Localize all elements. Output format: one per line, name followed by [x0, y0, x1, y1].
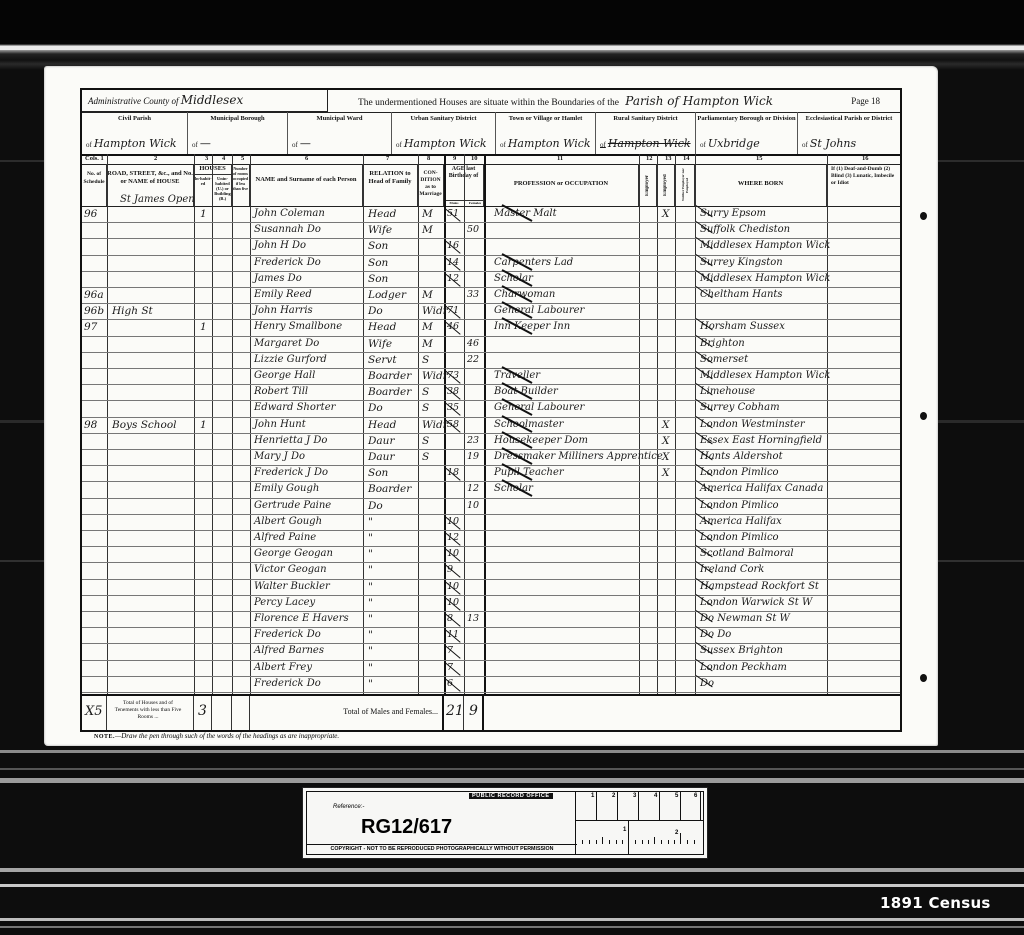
row-schedule: 97 [84, 319, 97, 335]
row-relation: Boarder [368, 481, 411, 497]
houses-total-label-cell: Total of Houses and of Tenements with le… [107, 696, 194, 730]
district-municipal-ward: Municipal Ward of— [288, 112, 392, 154]
ruler-tick-label: 5 [675, 793, 678, 799]
persons-total-label-cell: Total of Males and Females... [250, 696, 444, 730]
census-row: Gertrude PaineDo10London Pimlico [82, 498, 900, 515]
district-value: ofHampton Wick [86, 137, 177, 150]
header-neither: Neither Employer nor Employed [675, 164, 695, 206]
row-schedule: 98 [84, 417, 97, 433]
census-row: Edward ShorterDoS35General LabourerSurre… [82, 400, 900, 417]
houses-total-label: Total of Houses and of Tenements with le… [107, 696, 193, 721]
col-num: 16 [862, 155, 869, 162]
row-name: Margaret Do [254, 336, 319, 352]
census-row: Mary J DoDaurS19Dressmaker Milliners App… [82, 449, 900, 466]
row-female-age: 23 [467, 433, 479, 449]
col-num: 4 [222, 155, 225, 162]
row-where-born: Surrey Kingston [700, 255, 783, 271]
note-label: NOTE. [94, 734, 115, 740]
row-relation: Head [368, 206, 396, 222]
row-name: Edward Shorter [254, 400, 335, 416]
row-name: George Hall [254, 368, 315, 384]
row-employed: X [662, 465, 669, 481]
district-label: Municipal Borough [188, 115, 287, 122]
row-condition: S [422, 449, 429, 465]
header-text: If (1) Deaf-and-Dumb (2) Blind (3) Lunat… [827, 164, 900, 187]
row-employed: X [662, 417, 669, 433]
header-name: NAME and Surname of each Person [250, 164, 363, 206]
header-text: NAME and Surname of each Person [250, 164, 362, 184]
row-female-age: 19 [467, 449, 479, 465]
census-row: Albert Gough"10America Halifax [82, 514, 900, 531]
row-relation: Do [368, 400, 383, 416]
census-row: 961John ColemanHeadM51Master MaltXSurry … [82, 206, 900, 223]
district-label: Town or Village or Hamlet [496, 115, 595, 122]
row-inhabited: 1 [200, 319, 207, 335]
row-name: Frederick Do [254, 676, 321, 692]
row-name: Gertrude Paine [254, 498, 331, 514]
census-year-watermark: 1891 Census [880, 894, 991, 912]
census-row: Florence E Havers"813Do Newman St W [82, 611, 900, 628]
row-name: Frederick Do [254, 255, 321, 271]
col-num: 9 [453, 155, 456, 162]
row-road: Boys School [112, 417, 177, 433]
col-num: Cols. 1 [85, 155, 104, 162]
census-row: Alfred Barnes"7Sussex Brighton [82, 643, 900, 660]
row-employed: X [662, 433, 669, 449]
census-row: 96aEmily ReedLodgerM33CharwomanCheltham … [82, 287, 900, 304]
header-text: CON-DITION as to Marriage [418, 164, 443, 198]
district-town-village: Town or Village or Hamlet ofHampton Wick [496, 112, 596, 154]
page-number: Page 18 [851, 96, 880, 106]
census-row: Percy Lacey"10London Warwick St W [82, 595, 900, 612]
row-where-born: London Warwick St W [700, 595, 812, 611]
district-value-text: Hampton Wick [508, 137, 591, 150]
district-label: Ecclesiastical Parish or District [798, 115, 900, 122]
row-relation: " [368, 514, 373, 530]
row-relation: Lodger [368, 287, 406, 303]
row-relation: Son [368, 255, 388, 271]
empty-cell [212, 696, 232, 730]
col-num: 11 [557, 155, 563, 162]
scan-streak [0, 918, 1024, 921]
row-where-born: Cheltham Hants [700, 287, 783, 303]
row-relation: Do [368, 303, 383, 319]
persons-total-label: Total of Males and Females... [343, 707, 438, 716]
reference-card-border: PUBLIC RECORD OFFICE Reference:- RG12/61… [306, 791, 704, 855]
admin-county: Administrative County of Middlesex [82, 90, 328, 112]
row-where-born: Surrey Cobham [700, 400, 780, 416]
district-value-text: — [300, 137, 311, 150]
row-where-born: Suffolk Chediston [700, 222, 790, 238]
ruler-tick-label: 4 [654, 793, 657, 799]
reference-code: RG12/617 [361, 816, 452, 839]
census-row: Susannah DoWifeM50Suffolk Chediston [82, 222, 900, 239]
header-schedule: No. of Schedule [82, 164, 107, 206]
row-name: Albert Frey [254, 660, 312, 676]
header-text: ROAD, STREET, &c., and No. or NAME of HO… [107, 164, 193, 186]
col-num: 10 [471, 155, 478, 162]
row-where-born: Scotland Balmoral [700, 546, 794, 562]
census-row: 98Boys School1John HuntHeadWidr58Schoolm… [82, 417, 900, 434]
header-text: AGE last Birthday of [444, 164, 483, 180]
census-row: George HallBoarderWidr73TravellerMiddles… [82, 368, 900, 385]
reference-label: Reference:- [333, 804, 364, 810]
col-num: 8 [427, 155, 430, 162]
of-prefix: of [292, 141, 298, 149]
totals-row: X5 Total of Houses and of Tenements with… [82, 694, 900, 730]
census-row: John H DoSon16Middlesex Hampton Wick [82, 238, 900, 255]
row-name: Mary J Do [254, 449, 305, 465]
header-text: Number of rooms occupied if less than fi… [232, 164, 249, 191]
row-relation: Son [368, 271, 388, 287]
row-female-age: 13 [467, 611, 479, 627]
row-relation: Wife [368, 336, 392, 352]
col-num: 2 [154, 155, 157, 162]
row-relation: " [368, 562, 373, 578]
males-total: 21 [446, 703, 464, 719]
row-where-born: London Pimlico [700, 465, 779, 481]
census-row: Frederick Do"6Do [82, 676, 900, 693]
ruler-tick-label: 3 [633, 793, 636, 799]
header-text: Employer [644, 166, 651, 204]
col-num: 13 [665, 155, 672, 162]
row-relation: Boarder [368, 384, 411, 400]
row-relation: Wife [368, 222, 392, 238]
row-name: Frederick J Do [254, 465, 328, 481]
row-relation: Servt [368, 352, 397, 368]
census-row: Albert Frey"7London Peckham [82, 660, 900, 677]
row-name: Lizzie Gurford [254, 352, 327, 368]
row-name: Henry Smallbone [254, 319, 342, 335]
row-where-born: Horsham Sussex [700, 319, 785, 335]
row-female-age: 22 [467, 352, 479, 368]
census-row: Alfred Paine"12London Pimlico [82, 530, 900, 547]
row-where-born: America Halifax Canada [700, 481, 823, 497]
scan-streak [0, 768, 1024, 770]
census-page: Administrative County of Middlesex The u… [44, 66, 938, 746]
row-condition: S [422, 384, 429, 400]
header-where-born: WHERE BORN [695, 164, 827, 206]
district-value-text: Hampton Wick [404, 137, 487, 150]
row-female-age: 12 [467, 481, 479, 497]
district-value: ofHampton Wick [396, 137, 487, 150]
census-row: Margaret DoWifeM46Brighton [82, 336, 900, 353]
scan-streak [0, 778, 1024, 783]
females-total-cell: 9 [464, 696, 484, 730]
scale-ruler: 1 2 3 4 5 6 1 2 [575, 792, 704, 854]
row-relation: " [368, 530, 373, 546]
note-text: —Draw the pen through such of the words … [115, 732, 339, 740]
of-prefix: of [192, 141, 198, 149]
row-where-born: London Pimlico [700, 498, 779, 514]
admin-county-label: Administrative County of [88, 96, 179, 106]
row-relation: " [368, 627, 373, 643]
scan-streak [0, 868, 1024, 872]
row-name: John Hunt [254, 417, 306, 433]
row-schedule: 96 [84, 206, 97, 222]
row-name: Frederick Do [254, 627, 321, 643]
header-text: No. of Schedule [82, 164, 106, 186]
row-where-born: London Westminster [700, 417, 805, 433]
ruler-cm-scale: 1 2 3 4 5 6 [576, 792, 704, 821]
row-condition: S [422, 400, 429, 416]
row-name: Florence E Havers [254, 611, 349, 627]
row-name: James Do [254, 271, 302, 287]
houses-total: 3 [198, 703, 207, 719]
row-condition: M [422, 287, 433, 303]
row-relation: Head [368, 319, 396, 335]
district-urban-sanitary: Urban Sanitary District ofHampton Wick [392, 112, 496, 154]
row-where-born: America Halifax [700, 514, 782, 530]
district-value-text: Uxbridge [708, 137, 760, 150]
row-employed: X [662, 206, 669, 222]
header-relation: RELATION to Head of Family [363, 164, 418, 206]
row-relation: Son [368, 238, 388, 254]
scan-streak [0, 884, 1024, 887]
census-form: Administrative County of Middlesex The u… [80, 88, 902, 732]
row-name: Victor Geogan [254, 562, 327, 578]
admin-county-value: Middlesex [181, 93, 243, 107]
of-prefix: of [396, 141, 402, 149]
header-text: RELATION to Head of Family [363, 164, 417, 186]
header-text: WHERE BORN [695, 164, 826, 188]
census-row: Victor Geogan"9Ireland Cork [82, 562, 900, 579]
col-num: 3 [205, 155, 208, 162]
row-name: Emily Gough [254, 481, 319, 497]
copyright-notice: COPYRIGHT - NOT TO BE REPRODUCED PHOTOGR… [307, 844, 577, 854]
district-value: ofUxbridge [700, 137, 760, 150]
boundaries-value: Parish of Hampton Wick [625, 94, 773, 108]
row-where-born: Sussex Brighton [700, 643, 783, 659]
district-label: Urban Sanitary District [392, 115, 495, 122]
females-total: 9 [469, 703, 478, 719]
header-condition: CON-DITION as to Marriage [418, 164, 444, 206]
census-row: 96bHigh StJohn HarrisDoWidr71General Lab… [82, 303, 900, 320]
street-note: St James Open [120, 194, 195, 205]
col-num: 7 [386, 155, 389, 162]
row-name: Percy Lacey [254, 595, 315, 611]
district-value-text: St Johns [810, 137, 856, 150]
empty-cell [232, 696, 250, 730]
census-row: 971Henry SmallboneHeadM46Inn Keeper InnH… [82, 319, 900, 336]
ruler-tick-label: 1 [591, 793, 594, 799]
row-where-born: London Peckham [700, 660, 787, 676]
header-text: Neither Employer nor Employed [681, 166, 689, 204]
row-relation: " [368, 643, 373, 659]
row-relation: " [368, 595, 373, 611]
row-where-born: Do Do [700, 627, 731, 643]
row-relation: Daur [368, 449, 394, 465]
row-name: Emily Reed [254, 287, 312, 303]
row-relation: " [368, 611, 373, 627]
district-civil-parish: Civil Parish ofHampton Wick [82, 112, 188, 154]
row-where-born: Essex East Horningfield [700, 433, 822, 449]
census-row: Frederick J DoSon18Pupil TeacherXLondon … [82, 465, 900, 482]
males-total-cell: 21 [444, 696, 464, 730]
row-name: Robert Till [254, 384, 308, 400]
header-rooms: Number of rooms occupied if less than fi… [232, 164, 250, 206]
of-prefix: of [86, 141, 92, 149]
row-where-born: Middlesex Hampton Wick [700, 238, 830, 254]
col-num: 5 [241, 155, 244, 162]
census-row: Frederick Do"11Do Do [82, 627, 900, 644]
census-row: James DoSon12ScholarMiddlesex Hampton Wi… [82, 271, 900, 288]
district-value-text: Hampton Wick [608, 137, 691, 150]
district-label: Parliamentary Borough or Division [696, 115, 797, 122]
row-relation: " [368, 676, 373, 692]
district-value: ofHampton Wick [500, 137, 591, 150]
row-name: John Harris [254, 303, 313, 319]
districts-row: Civil Parish ofHampton Wick Municipal Bo… [82, 112, 900, 156]
row-occupation: Master Malt [494, 206, 557, 222]
ruler-inch-label: 2 [675, 830, 678, 836]
boundaries-text: The undermentioned Houses are situate wi… [358, 98, 619, 108]
header-text: PROFESSION or OCCUPATION [484, 164, 638, 188]
row-condition: M [422, 336, 433, 352]
col-num: 12 [646, 155, 653, 162]
schedule-total: X5 [85, 704, 103, 719]
row-condition: S [422, 433, 429, 449]
district-value: ofSt Johns [802, 137, 856, 150]
row-name: John Coleman [254, 206, 325, 222]
row-name: Alfred Paine [254, 530, 316, 546]
row-name: Walter Buckler [254, 579, 330, 595]
census-row: Henrietta J DoDaurS23Housekeeper DomXEss… [82, 433, 900, 450]
row-relation: Boarder [368, 368, 411, 384]
row-relation: Do [368, 498, 383, 514]
public-record-office-badge: PUBLIC RECORD OFFICE [469, 793, 553, 799]
header-uninhabited: Unin-habited (U.) or Building (B.) [212, 176, 232, 201]
form-header: Administrative County of Middlesex The u… [82, 90, 900, 113]
row-relation: " [368, 579, 373, 595]
row-where-born: Do Newman St W [700, 611, 790, 627]
census-row: Lizzie GurfordServtS22Somerset [82, 352, 900, 369]
census-row: George Geogan"10Scotland Balmoral [82, 546, 900, 563]
district-value: ofHampton Wick [600, 137, 691, 150]
district-ecclesiastical: Ecclesiastical Parish or District ofSt J… [798, 112, 900, 154]
district-value-text: — [200, 137, 211, 150]
district-value-text: Hampton Wick [94, 137, 177, 150]
row-where-born: Middlesex Hampton Wick [700, 271, 830, 287]
row-road: High St [112, 303, 153, 319]
row-where-born: Hants Aldershot [700, 449, 783, 465]
district-label: Municipal Ward [288, 115, 391, 122]
col-num: 14 [683, 155, 690, 162]
row-relation: Son [368, 465, 388, 481]
col-num: 6 [305, 155, 308, 162]
scan-streak [0, 926, 1024, 928]
header-text: HOUSES [194, 164, 231, 175]
census-row: Emily GoughBoarder12ScholarAmerica Halif… [82, 481, 900, 498]
header-inhabited: In-habit-ed [194, 176, 212, 186]
ruler-inch-label: 1 [623, 827, 626, 833]
header-infirmity: If (1) Deaf-and-Dumb (2) Blind (3) Lunat… [827, 164, 900, 206]
district-label: Rural Sanitary District [596, 115, 695, 122]
row-condition: S [422, 352, 429, 368]
column-headers: No. of Schedule ROAD, STREET, &c., and N… [82, 164, 900, 207]
ruler-tick-label: 6 [694, 793, 697, 799]
ruler-tick-label: 2 [612, 793, 615, 799]
scan-streak [0, 46, 1024, 50]
row-condition: M [422, 222, 433, 238]
row-name: Alfred Barnes [254, 643, 324, 659]
schedule-total-cell: X5 [82, 696, 107, 730]
census-row: Robert TillBoarderS38Boat BuilderLimehou… [82, 384, 900, 401]
of-prefix: of [802, 141, 808, 149]
houses-total-cell: 3 [194, 696, 212, 730]
row-inhabited: 1 [200, 417, 207, 433]
header-age: AGE last Birthday of Males Females [444, 164, 484, 206]
row-name: Albert Gough [254, 514, 322, 530]
row-schedule: 96b [84, 303, 104, 319]
row-relation: " [368, 546, 373, 562]
row-relation: " [368, 660, 373, 676]
col-num: 15 [756, 155, 763, 162]
district-parliamentary: Parliamentary Borough or Division ofUxbr… [696, 112, 798, 154]
header-text: Employed [662, 166, 669, 204]
row-relation: Daur [368, 433, 394, 449]
row-where-born: Middlesex Hampton Wick [700, 368, 830, 384]
district-rural-sanitary: Rural Sanitary District ofHampton Wick [596, 112, 696, 154]
row-where-born: Hampstead Rockfort St [700, 579, 819, 595]
boundaries: The undermentioned Houses are situate wi… [358, 94, 773, 108]
row-inhabited: 1 [200, 206, 207, 222]
footnote: NOTE.—Draw the pen through such of the w… [94, 732, 339, 740]
row-female-age: 10 [467, 498, 479, 514]
row-name: Henrietta J Do [254, 433, 327, 449]
row-female-age: 50 [467, 222, 479, 238]
row-schedule: 96a [84, 287, 104, 303]
row-relation: Head [368, 417, 396, 433]
reference-card: PUBLIC RECORD OFFICE Reference:- RG12/61… [302, 787, 708, 859]
row-condition: M [422, 319, 433, 335]
scan-streak [0, 750, 1024, 753]
header-employer: Employer [639, 164, 657, 206]
row-where-born: London Pimlico [700, 530, 779, 546]
row-condition: M [422, 206, 433, 222]
district-municipal-borough: Municipal Borough of— [188, 112, 288, 154]
census-row: Walter Buckler"10Hampstead Rockfort St [82, 579, 900, 596]
header-houses: HOUSES In-habit-ed Unin-habited (U.) or … [194, 164, 232, 206]
row-female-age: 33 [467, 287, 479, 303]
row-female-age: 46 [467, 336, 479, 352]
district-value: of— [192, 137, 211, 150]
row-name: Susannah Do [254, 222, 321, 238]
of-prefix: of [700, 141, 706, 149]
census-row: Frederick DoSon14Carpenters LadSurrey Ki… [82, 255, 900, 272]
of-prefix: of [600, 141, 606, 149]
row-name: John H Do [254, 238, 306, 254]
row-employed: X [662, 449, 669, 465]
of-prefix: of [500, 141, 506, 149]
district-label: Civil Parish [82, 115, 187, 122]
header-employed: Employed [657, 164, 675, 206]
row-occupation: Scholar [494, 481, 533, 497]
row-name: George Geogan [254, 546, 333, 562]
header-occupation: PROFESSION or OCCUPATION [484, 164, 639, 206]
district-value: of— [292, 137, 311, 150]
